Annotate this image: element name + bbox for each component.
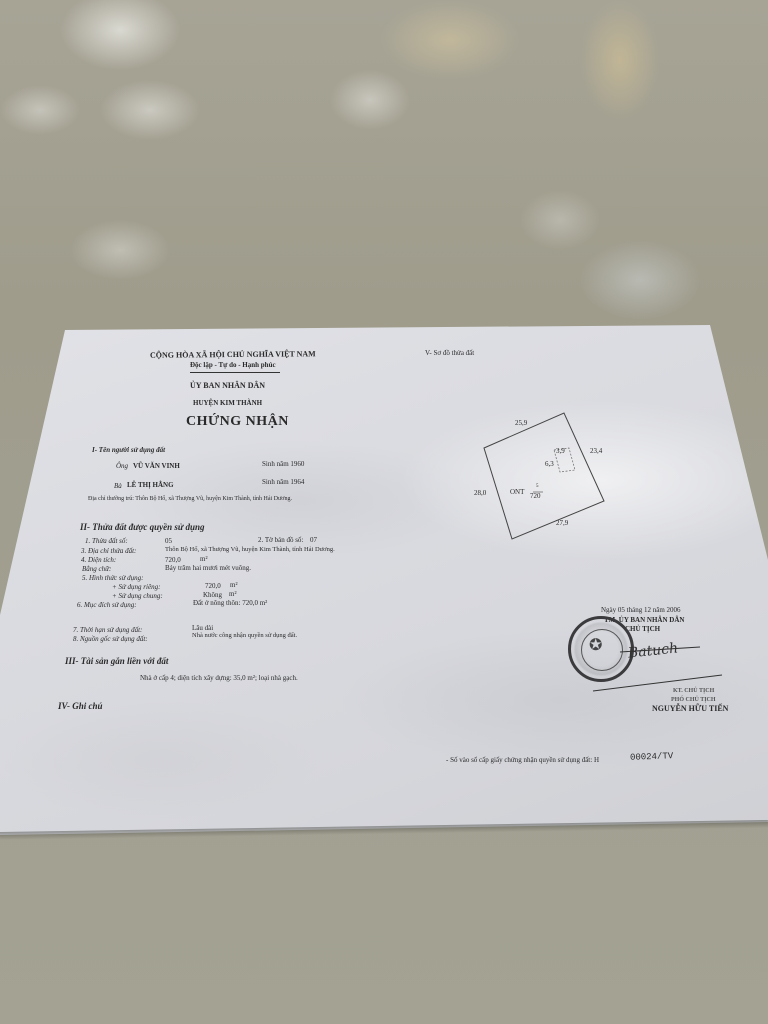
registry-label: - Số vào sổ cấp giấy chứng nhận quyền sử… xyxy=(446,757,599,764)
signature-strokes xyxy=(0,0,768,1024)
signatory-name: NGUYỄN HỮU TIẾN xyxy=(652,705,728,713)
signature-kt: KT. CHỦ TỊCH xyxy=(673,688,714,694)
registry-serial: 00024/TV xyxy=(630,752,674,763)
signature-deputy: PHÓ CHỦ TỊCH xyxy=(671,697,716,703)
